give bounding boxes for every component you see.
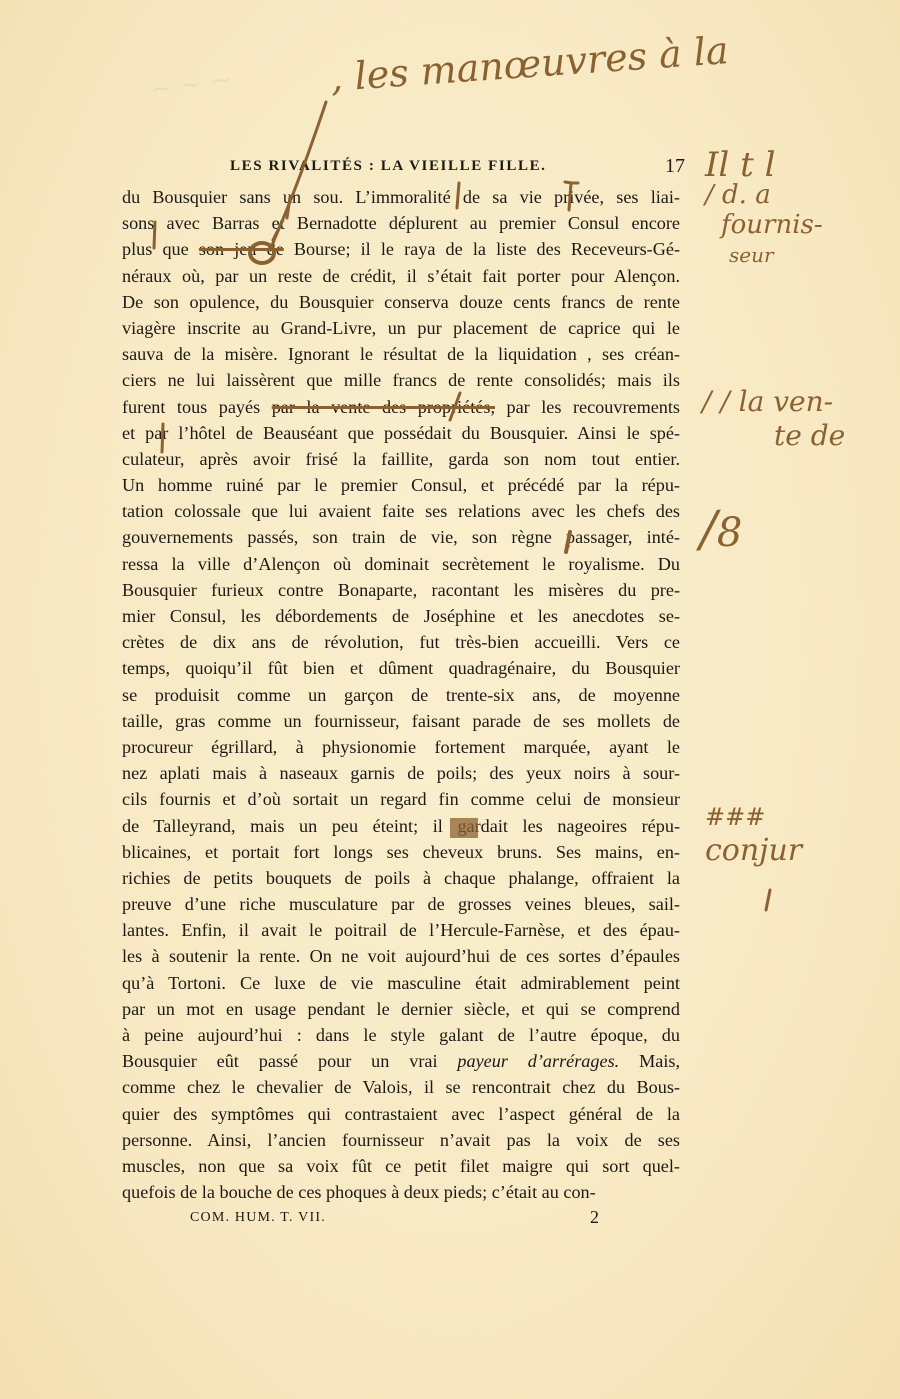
proofreading-marks [0,0,900,1399]
ink-blot-icon [450,818,478,838]
caret-mark-icon [287,197,290,218]
deletion-loop-icon [250,243,274,263]
t-mark-icon [565,182,578,210]
book-page: ~ ~ ~ LES RIVALITÉS : LA VIEILLE FILLE. … [0,0,900,1399]
